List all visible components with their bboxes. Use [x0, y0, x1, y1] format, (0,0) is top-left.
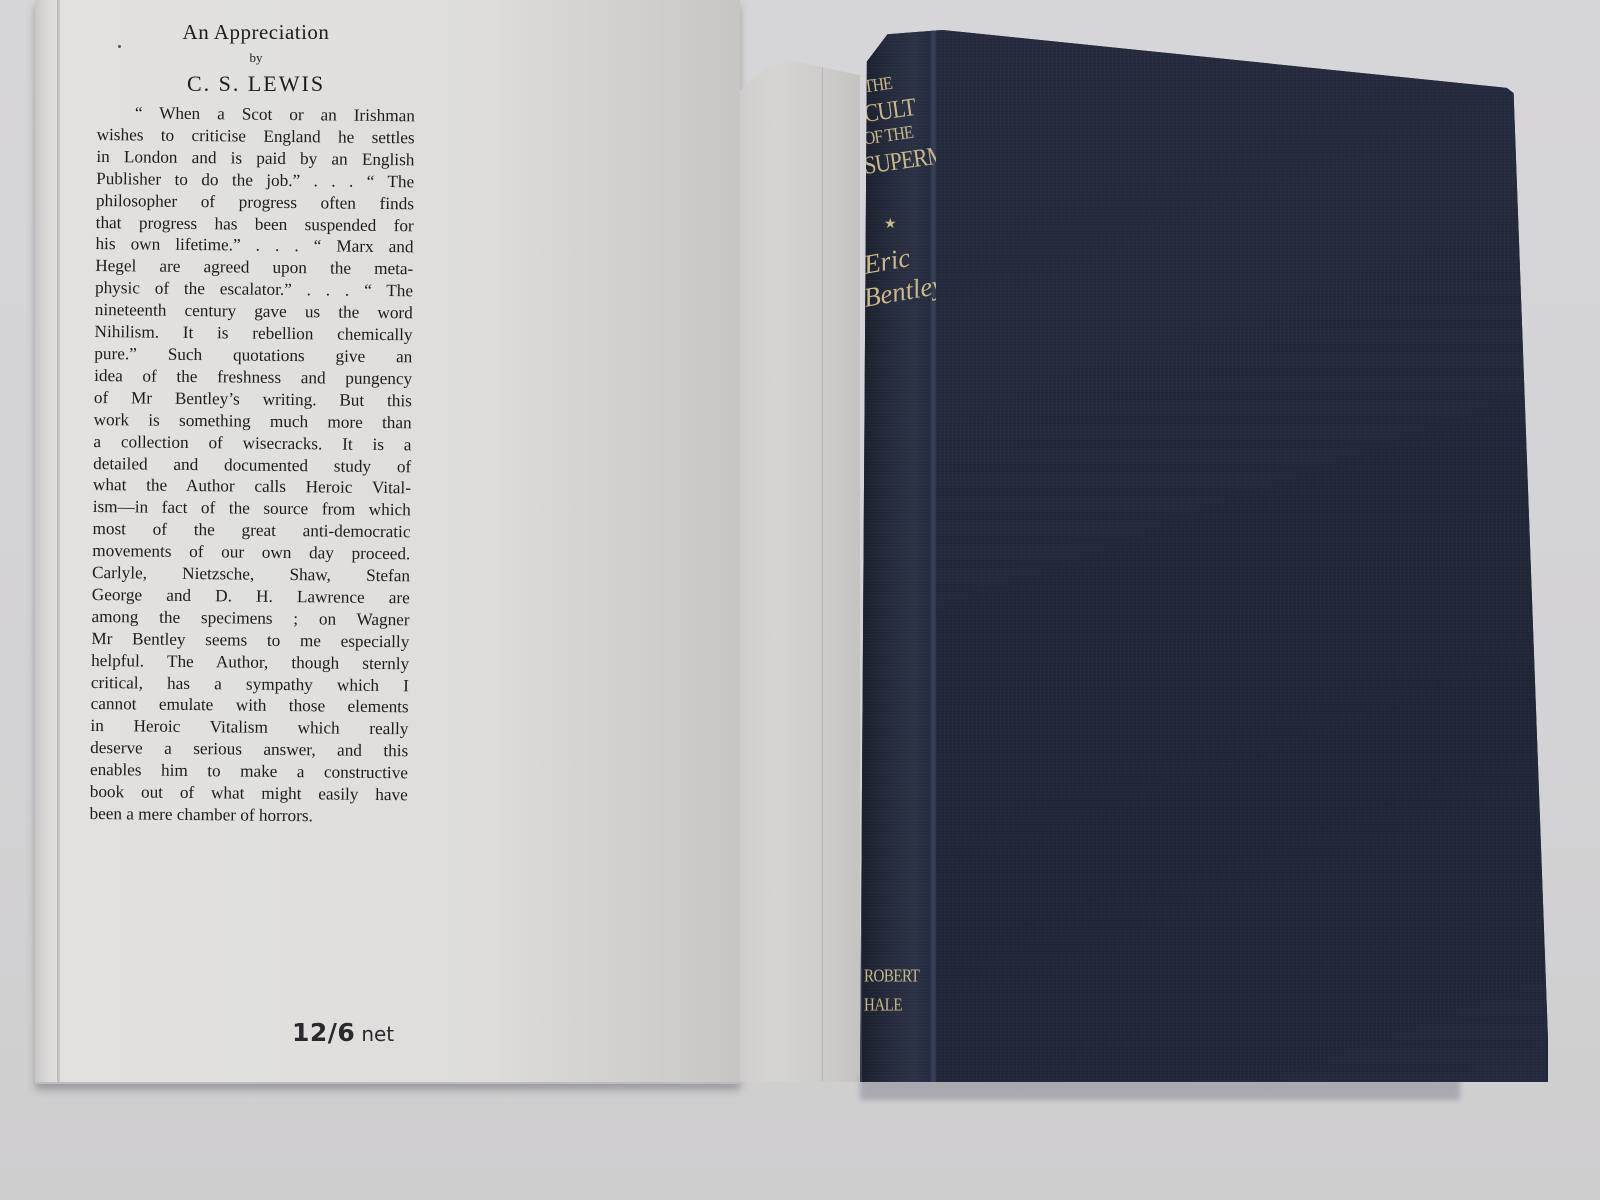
- spine-publisher-word: HALE: [864, 998, 936, 1016]
- spine-title-word: SUPERMAN: [862, 143, 937, 178]
- blurb-line: pure.” Such quotations give an: [94, 343, 412, 368]
- jacket-fold-edge: [57, 0, 60, 1082]
- blurb-line: in London and is paid by an English: [96, 146, 414, 171]
- blurb-heading: An Appreciation: [97, 18, 415, 46]
- photo-scene: An Appreciation by C. S. LEWIS “ When a …: [0, 0, 1600, 1200]
- spine-publisher: ROBERT HALE: [864, 970, 936, 1028]
- price-amount: 12/6: [292, 1018, 355, 1047]
- blurb-line: George and D. H. Lawrence are: [92, 584, 410, 609]
- blurb-line: been a mere chamber of horrors.: [89, 803, 407, 828]
- appreciation-blurb: An Appreciation by C. S. LEWIS “ When a …: [97, 18, 415, 825]
- blurb-line: Mr Bentley seems to me especially: [91, 628, 409, 653]
- blurb-line: a collection of wisecracks. It is a: [93, 431, 411, 456]
- jacket-seam: [822, 60, 823, 1082]
- blurb-line: Carlyle, Nietzsche, Shaw, Stefan: [92, 562, 410, 587]
- blurb-line: philosopher of progress often finds: [96, 190, 414, 215]
- spine-publisher-word: ROBERT: [864, 969, 936, 987]
- blurb-body: “ When a Scot or an Irishman wishes to c…: [89, 102, 415, 828]
- blurb-line: helpful. The Author, though sternly: [91, 650, 409, 675]
- hardcover-book: THE CULT OF THE SUPERMAN ★ Eric Bentley …: [860, 30, 1548, 1082]
- blurb-line: “ When a Scot or an Irishman: [97, 102, 415, 127]
- jacket-turn-in: [740, 60, 860, 1082]
- spine-title: THE CULT OF THE SUPERMAN: [864, 80, 936, 184]
- spine-author: Eric Bentley: [864, 252, 936, 318]
- price-tag: 12/6net: [292, 1018, 394, 1047]
- blurb-line: of Mr Bentley’s writing. But this: [94, 387, 412, 412]
- book-spine: THE CULT OF THE SUPERMAN ★ Eric Bentley …: [860, 30, 938, 1082]
- blurb-line: among the specimens ; on Wagner: [91, 606, 409, 631]
- blurb-author: C. S. LEWIS: [97, 70, 415, 98]
- blurb-line: idea of the freshness and pungency: [94, 365, 412, 390]
- blurb-by: by: [97, 50, 415, 66]
- blurb-line: work is something much more than: [94, 409, 412, 434]
- book-cover: [936, 30, 1548, 1082]
- blurb-line: wishes to criticise England he settles: [97, 124, 415, 149]
- blurb-line: Publisher to do the job.” . . . “ The: [96, 168, 414, 193]
- price-suffix: net: [361, 1022, 394, 1046]
- jacket-fold-shadow: [490, 0, 740, 1082]
